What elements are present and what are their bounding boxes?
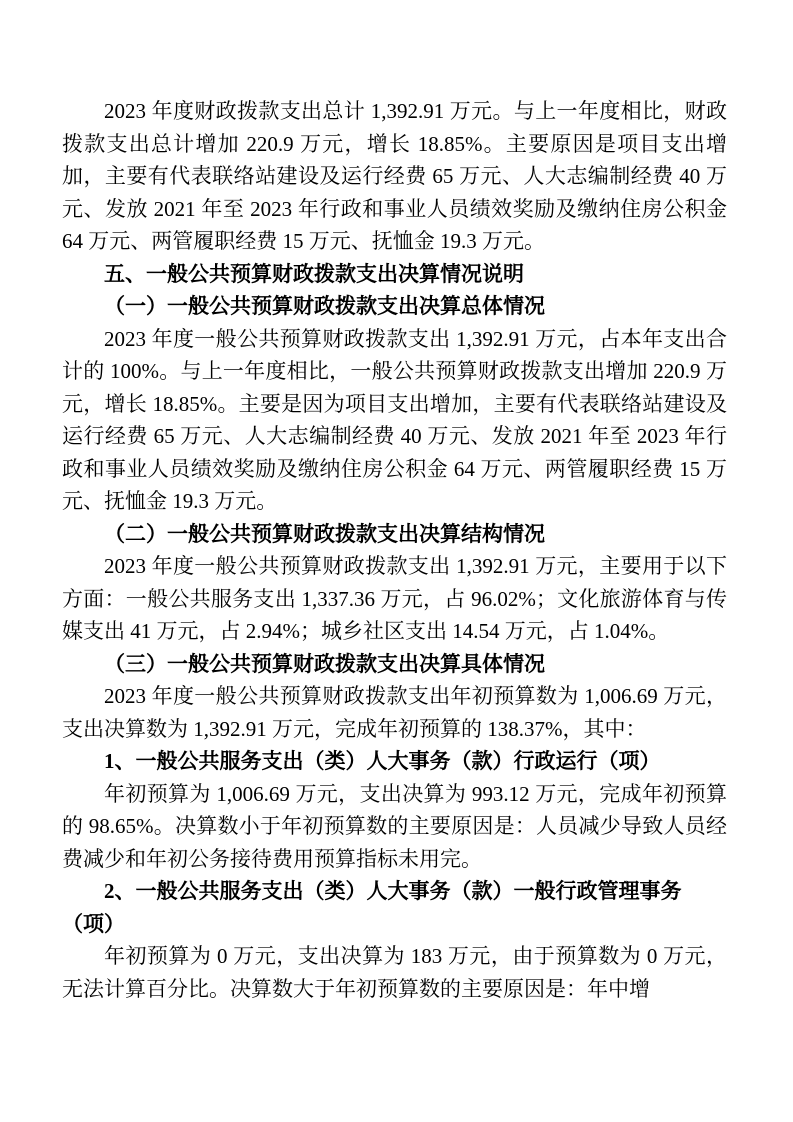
paragraph: 2023 年度一般公共预算财政拨款支出年初预算数为 1,006.69 万元，支出…	[62, 680, 727, 745]
paragraph: 年初预算为 1,006.69 万元，支出决算为 993.12 万元，完成年初预算…	[62, 778, 727, 876]
section-heading: 1、一般公共服务支出（类）人大事务（款）行政运行（项）	[62, 745, 727, 778]
section-heading: （三）一般公共预算财政拨款支出决算具体情况	[62, 648, 727, 681]
section-heading: （一）一般公共预算财政拨款支出决算总体情况	[62, 290, 727, 323]
paragraph: 年初预算为 0 万元，支出决算为 183 万元，由于预算数为 0 万元，无法计算…	[62, 940, 727, 1005]
paragraph: 2023 年度一般公共预算财政拨款支出 1,392.91 万元，占本年支出合计的…	[62, 323, 727, 518]
section-heading: 五、一般公共预算财政拨款支出决算情况说明	[62, 258, 727, 291]
section-heading: 2、一般公共服务支出（类）人大事务（款）一般行政管理事务（项）	[62, 875, 727, 940]
paragraph: 2023 年度财政拨款支出总计 1,392.91 万元。与上一年度相比，财政拨款…	[62, 95, 727, 258]
document-page: 2023 年度财政拨款支出总计 1,392.91 万元。与上一年度相比，财政拨款…	[0, 0, 793, 1122]
paragraph: 2023 年度一般公共预算财政拨款支出 1,392.91 万元，主要用于以下方面…	[62, 550, 727, 648]
section-heading: （二）一般公共预算财政拨款支出决算结构情况	[62, 518, 727, 551]
document-body: 2023 年度财政拨款支出总计 1,392.91 万元。与上一年度相比，财政拨款…	[62, 95, 727, 1005]
